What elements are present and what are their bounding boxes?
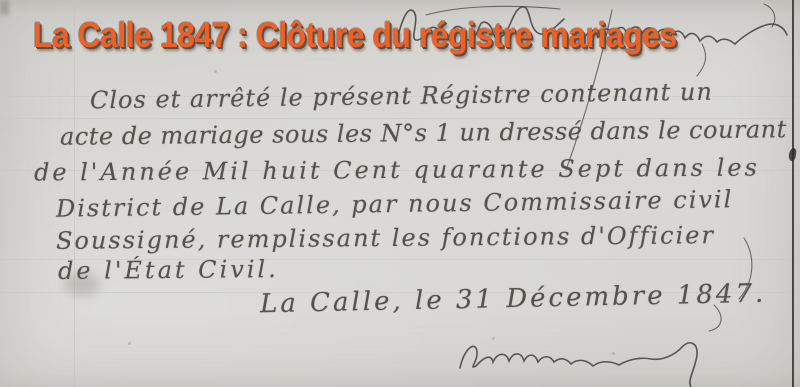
manuscript-line: Soussigné, remplissant les fonctions d'O… — [56, 221, 715, 255]
registry-scan-page: La Calle 1847 : Clôture du régistre mari… — [0, 0, 800, 387]
manuscript-line: de l'Année Mil huit Cent quarante Sept d… — [34, 153, 760, 186]
manuscript-line: de l'État Civil. — [58, 255, 279, 285]
page-title: La Calle 1847 : Clôture du régistre mari… — [33, 16, 677, 56]
signature-ink-bottom — [460, 343, 697, 387]
